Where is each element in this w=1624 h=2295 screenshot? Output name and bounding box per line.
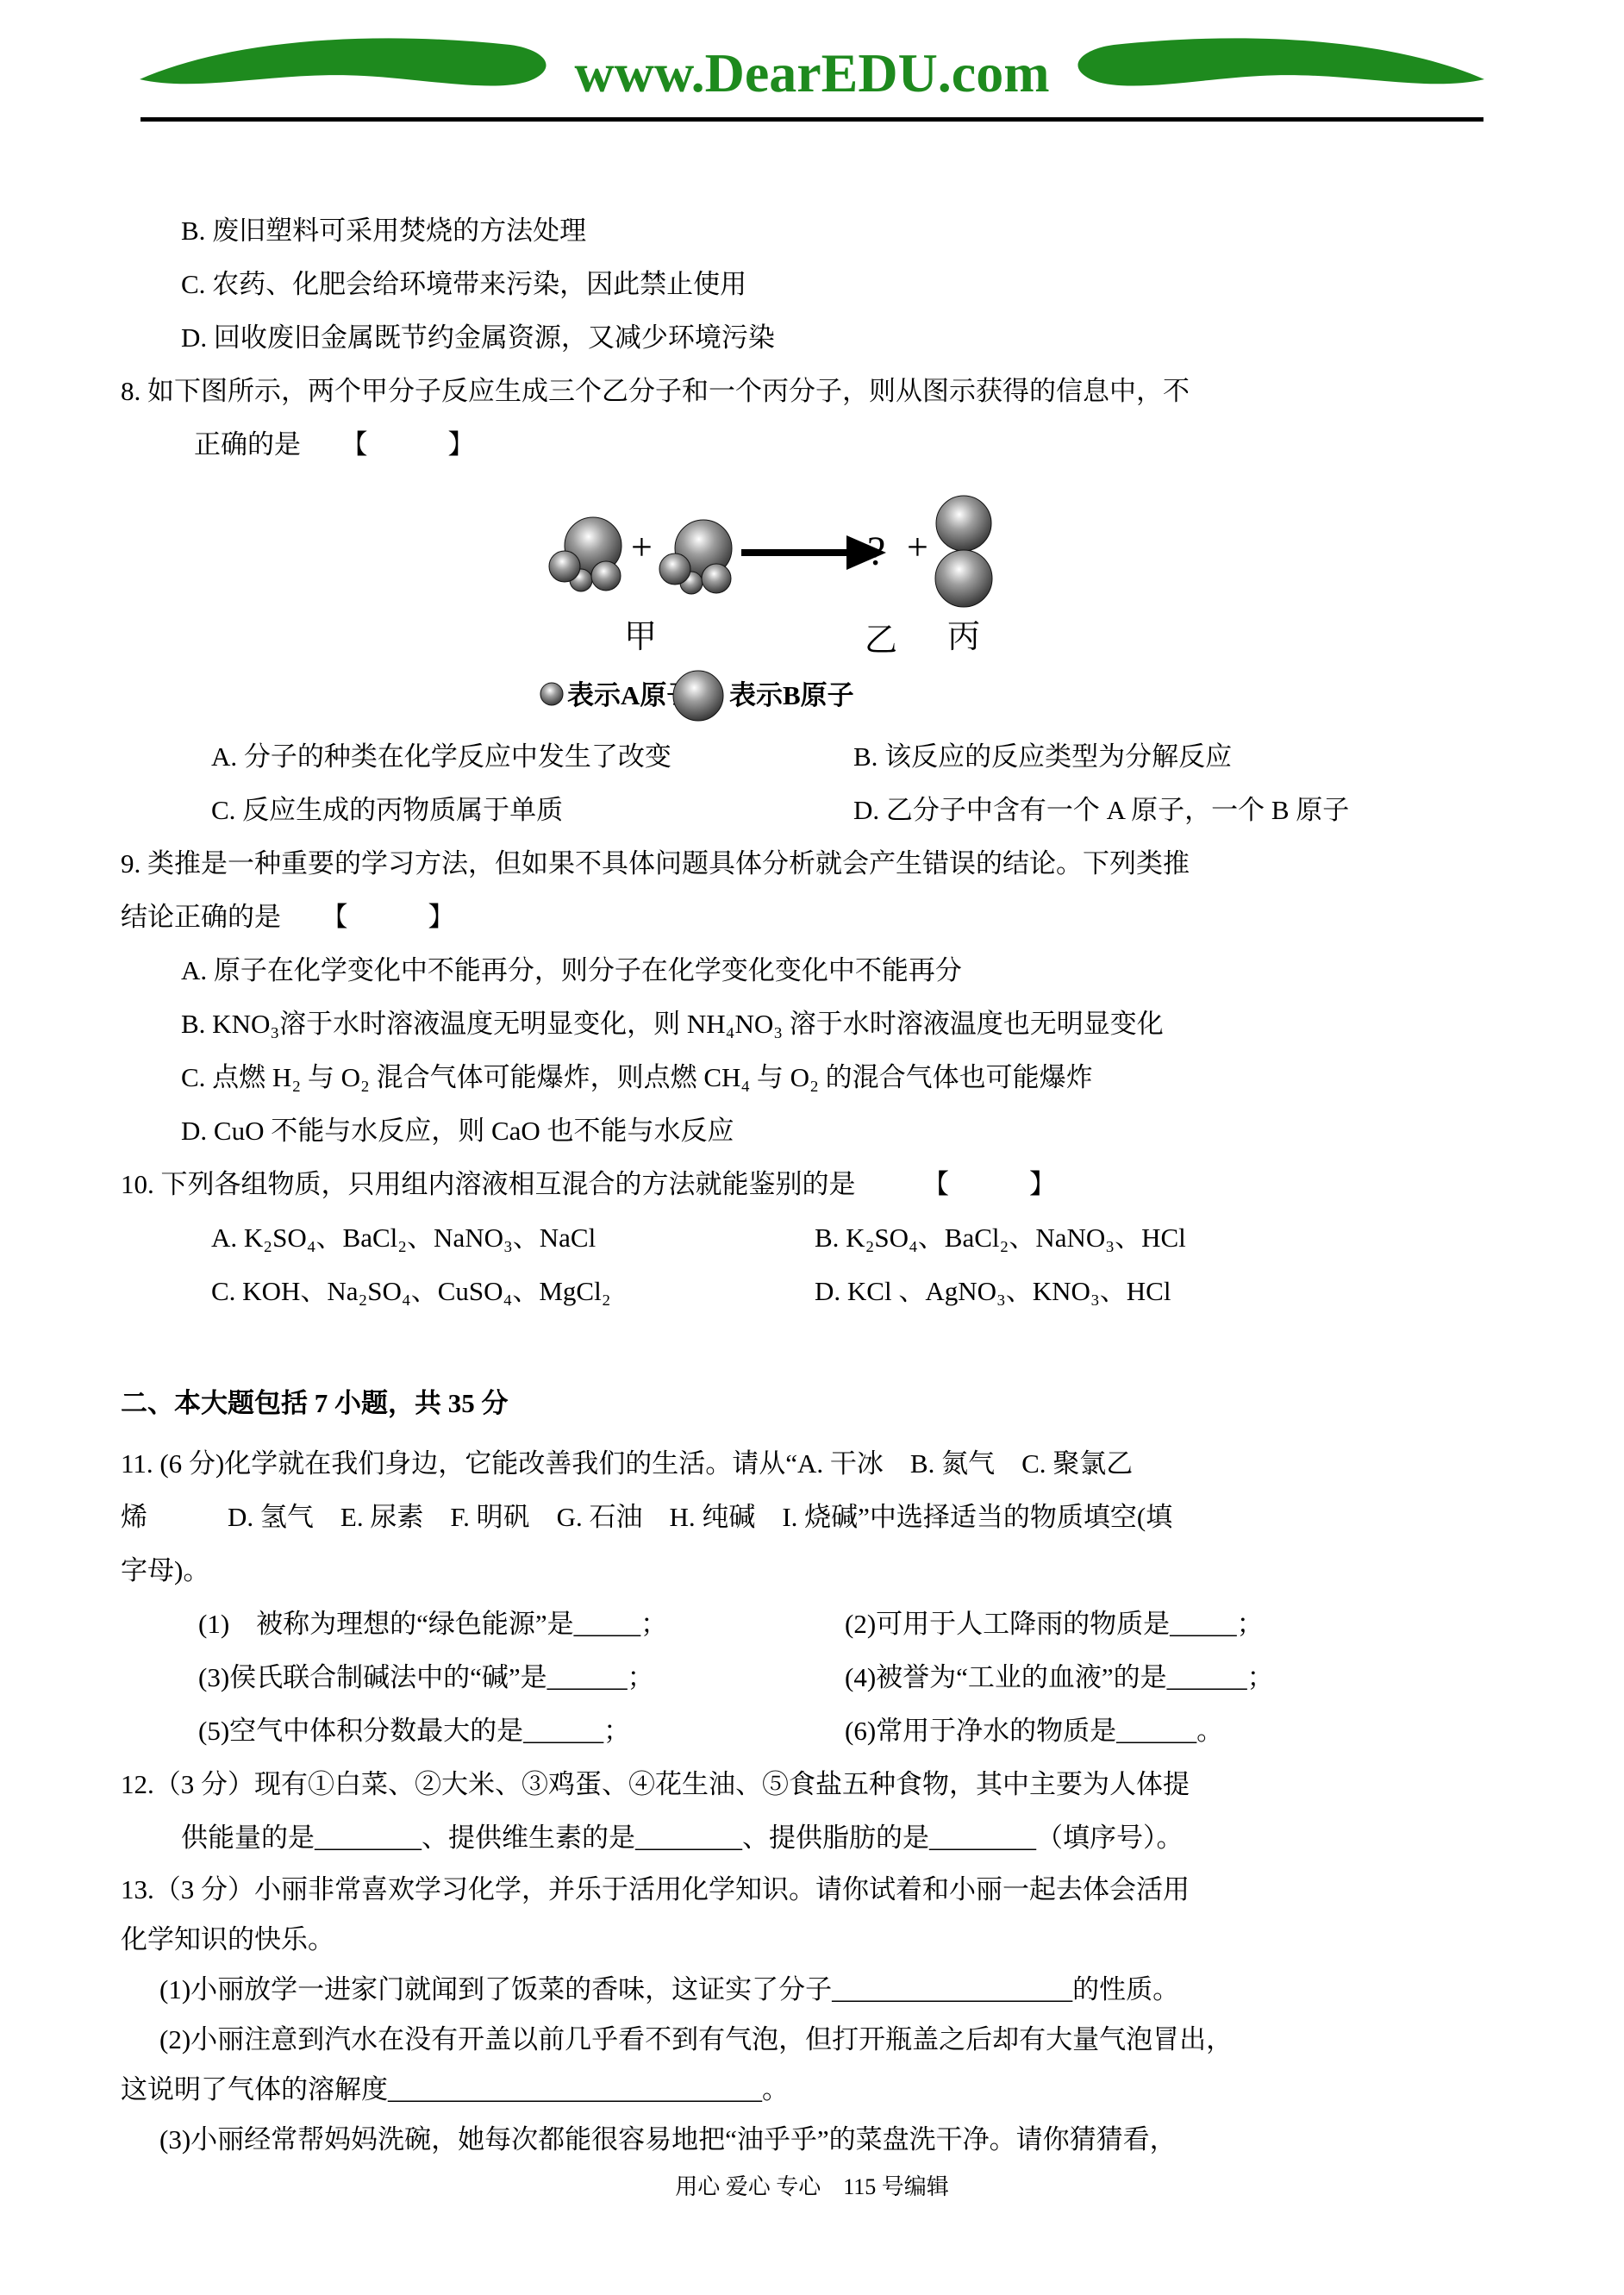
a-atom-legend-sphere (540, 683, 563, 705)
q8-options-row-2: C. 反应生成的丙物质属于单质 D. 乙分子中含有一个 A 原子，一个 B 原子 (121, 784, 1529, 837)
b-atom-sphere (935, 550, 992, 607)
q11-blank-4: (4)被誉为“工业的血液”的是______； (845, 1651, 1274, 1704)
q8-stem-line2: 正确的是 【 】 (121, 418, 1529, 472)
plus-sign: + (907, 526, 928, 568)
q8-stem-line1: 8. 如下图所示，两个甲分子反应生成三个乙分子和一个丙分子，则从图示获得的信息中… (121, 365, 1529, 418)
q10-options-row-2: C. KOH、Na₂SO₄、CuSO₄、MgCl₂ D. KCl 、AgNO₃、… (121, 1265, 1529, 1318)
jia-molecule-1 (549, 517, 621, 591)
header-divider (141, 117, 1483, 122)
q11-blanks-row-3: (5)空气中体积分数最大的是______； (6)常用于净水的物质是______… (121, 1704, 1529, 1758)
q8-option-a: A. 分子的种类在化学反应中发生了改变 (211, 730, 853, 784)
q11-stem-line2: 烯 D. 氢气 E. 尿素 F. 明矾 G. 石油 H. 纯碱 I. 烧碱”中选… (121, 1491, 1529, 1544)
a-atom-sphere (659, 553, 690, 585)
bing-molecule (935, 496, 992, 607)
q10-options-row-1: A. K₂SO₄、BaCl₂、NaNO₃、NaCl B. K₂SO₄、BaCl₂… (121, 1211, 1529, 1265)
q10-stem: 10. 下列各组物质，只用组内溶液相互混合的方法就能鉴别的是 【 】 (121, 1158, 1529, 1211)
logo-left-swoosh-icon (140, 38, 547, 85)
q12-stem-line1: 12.（3 分）现有①白菜、②大米、③鸡蛋、④花生油、⑤食盐五种食物，其中主要为… (121, 1758, 1529, 1811)
a-atom-sphere (591, 561, 621, 591)
page-footer: 用心 爱心 专心 115 号编辑 (0, 2173, 1624, 2202)
b-atom-sphere (936, 496, 991, 551)
b-atom-legend-sphere (673, 671, 723, 721)
q9-stem-line2: 结论正确的是 【 】 (121, 891, 1529, 944)
q10-option-c: C. KOH、Na₂SO₄、CuSO₄、MgCl₂ (211, 1265, 815, 1318)
logo-right-swoosh-icon (1077, 38, 1484, 85)
q7-option-c: C. 农药、化肥会给环境带来污染，因此禁止使用 (121, 258, 1529, 311)
q13-sub2-line2: 这说明了气体的溶解度____________________________。 (121, 2065, 1529, 2115)
q11-stem-line1: 11. (6 分)化学就在我们身边，它能改善我们的生活。请从“A. 干冰 B. … (121, 1437, 1529, 1491)
q10-option-b: B. K₂SO₄、BaCl₂、NaNO₃、HCl (815, 1211, 1186, 1265)
q11-blanks-row-2: (3)侯氏联合制碱法中的“碱”是______； (4)被誉为“工业的血液”的是_… (121, 1651, 1529, 1704)
q11-blank-6: (6)常用于净水的物质是______。 (845, 1704, 1223, 1758)
unknown-product-question-mark: ? (867, 528, 885, 574)
q13-sub1: (1)小丽放学一进家门就闻到了饭菜的香味，这证实了分子_____________… (121, 1965, 1529, 2015)
q13-sub3: (3)小丽经常帮妈妈洗碗，她每次都能很容易地把“油乎乎”的菜盘洗干净。请你猜猜看… (121, 2115, 1529, 2165)
q13-sub2-line1: (2)小丽注意到汽水在没有开盖以前几乎看不到有气泡，但打开瓶盖之后却有大量气泡冒… (121, 2015, 1529, 2065)
q9-option-d: D. CuO 不能与水反应，则 CaO 也不能与水反应 (121, 1104, 1529, 1158)
q8-option-c: C. 反应生成的丙物质属于单质 (211, 784, 853, 837)
q11-stem-line3: 字母)。 (121, 1544, 1529, 1598)
q11-blank-1: (1) 被称为理想的“绿色能源”是_____； (198, 1598, 845, 1651)
jia-molecule-2 (659, 520, 732, 594)
a-atom-sphere (702, 564, 731, 593)
section2-title: 二、本大题包括 7 小题，共 35 分 (121, 1377, 1529, 1430)
diagram-legend: 表示A原子 表示B原子 (540, 671, 854, 721)
q13-stem-line1: 13.（3 分）小丽非常喜欢学习化学，并乐于活用化学知识。请你试着和小丽一起去体… (121, 1865, 1529, 1915)
q11-blank-5: (5)空气中体积分数最大的是______； (198, 1704, 845, 1758)
q9-option-a: A. 原子在化学变化中不能再分，则分子在化学变化变化中不能再分 (121, 944, 1529, 997)
q11-blanks-row-1: (1) 被称为理想的“绿色能源”是_____； (2)可用于人工降雨的物质是__… (121, 1598, 1529, 1651)
q11-blank-3: (3)侯氏联合制碱法中的“碱”是______； (198, 1651, 845, 1704)
q9-option-c: C. 点燃 H₂ 与 O₂ 混合气体可能爆炸，则点燃 CH₄ 与 O₂ 的混合气… (121, 1051, 1529, 1104)
exam-content: B. 废旧塑料可采用焚烧的方法处理 C. 农药、化肥会给环境带来污染，因此禁止使… (0, 204, 1624, 2165)
q12-stem-line2: 供能量的是________、提供维生素的是________、提供脂肪的是____… (121, 1811, 1529, 1865)
label-jia: 甲 (624, 619, 657, 655)
reaction-arrow-icon (741, 535, 886, 570)
legend-b-label: 表示B原子 (729, 680, 854, 710)
exam-page: www.DearEDU.com B. 废旧塑料可采用焚烧的方法处理 C. 农药、… (0, 0, 1624, 2295)
a-atom-sphere (549, 551, 580, 582)
q9-stem-line1: 9. 类推是一种重要的学习方法，但如果不具体问题具体分析就会产生错误的结论。下列… (121, 837, 1529, 891)
q10-option-a: A. K₂SO₄、BaCl₂、NaNO₃、NaCl (211, 1211, 815, 1265)
label-yi: 乙 (865, 622, 897, 659)
q8-options-row-1: A. 分子的种类在化学反应中发生了改变 B. 该反应的反应类型为分解反应 (121, 730, 1529, 784)
q7-option-d: D. 回收废旧金属既节约金属资源，又减少环境污染 (121, 311, 1529, 365)
page-header: www.DearEDU.com (122, 0, 1502, 116)
q8-option-d: D. 乙分子中含有一个 A 原子，一个 B 原子 (853, 784, 1349, 837)
logo-text: www.DearEDU.com (575, 42, 1050, 103)
reaction-diagram: + ? + (526, 478, 1529, 730)
q7-option-b: B. 废旧塑料可采用焚烧的方法处理 (121, 204, 1529, 258)
q9-option-b: B. KNO₃溶于水时溶液温度无明显变化，则 NH₄NO₃ 溶于水时溶液温度也无… (121, 997, 1529, 1051)
q11-blank-2: (2)可用于人工降雨的物质是_____； (845, 1598, 1264, 1651)
label-bing: 丙 (947, 619, 980, 655)
q10-option-d: D. KCl 、AgNO₃、KNO₃、HCl (815, 1265, 1171, 1318)
q8-option-b: B. 该反应的反应类型为分解反应 (853, 730, 1232, 784)
plus-sign: + (631, 526, 653, 568)
q13-stem-line2: 化学知识的快乐。 (121, 1915, 1529, 1965)
dearedu-logo: www.DearEDU.com (122, 22, 1502, 109)
